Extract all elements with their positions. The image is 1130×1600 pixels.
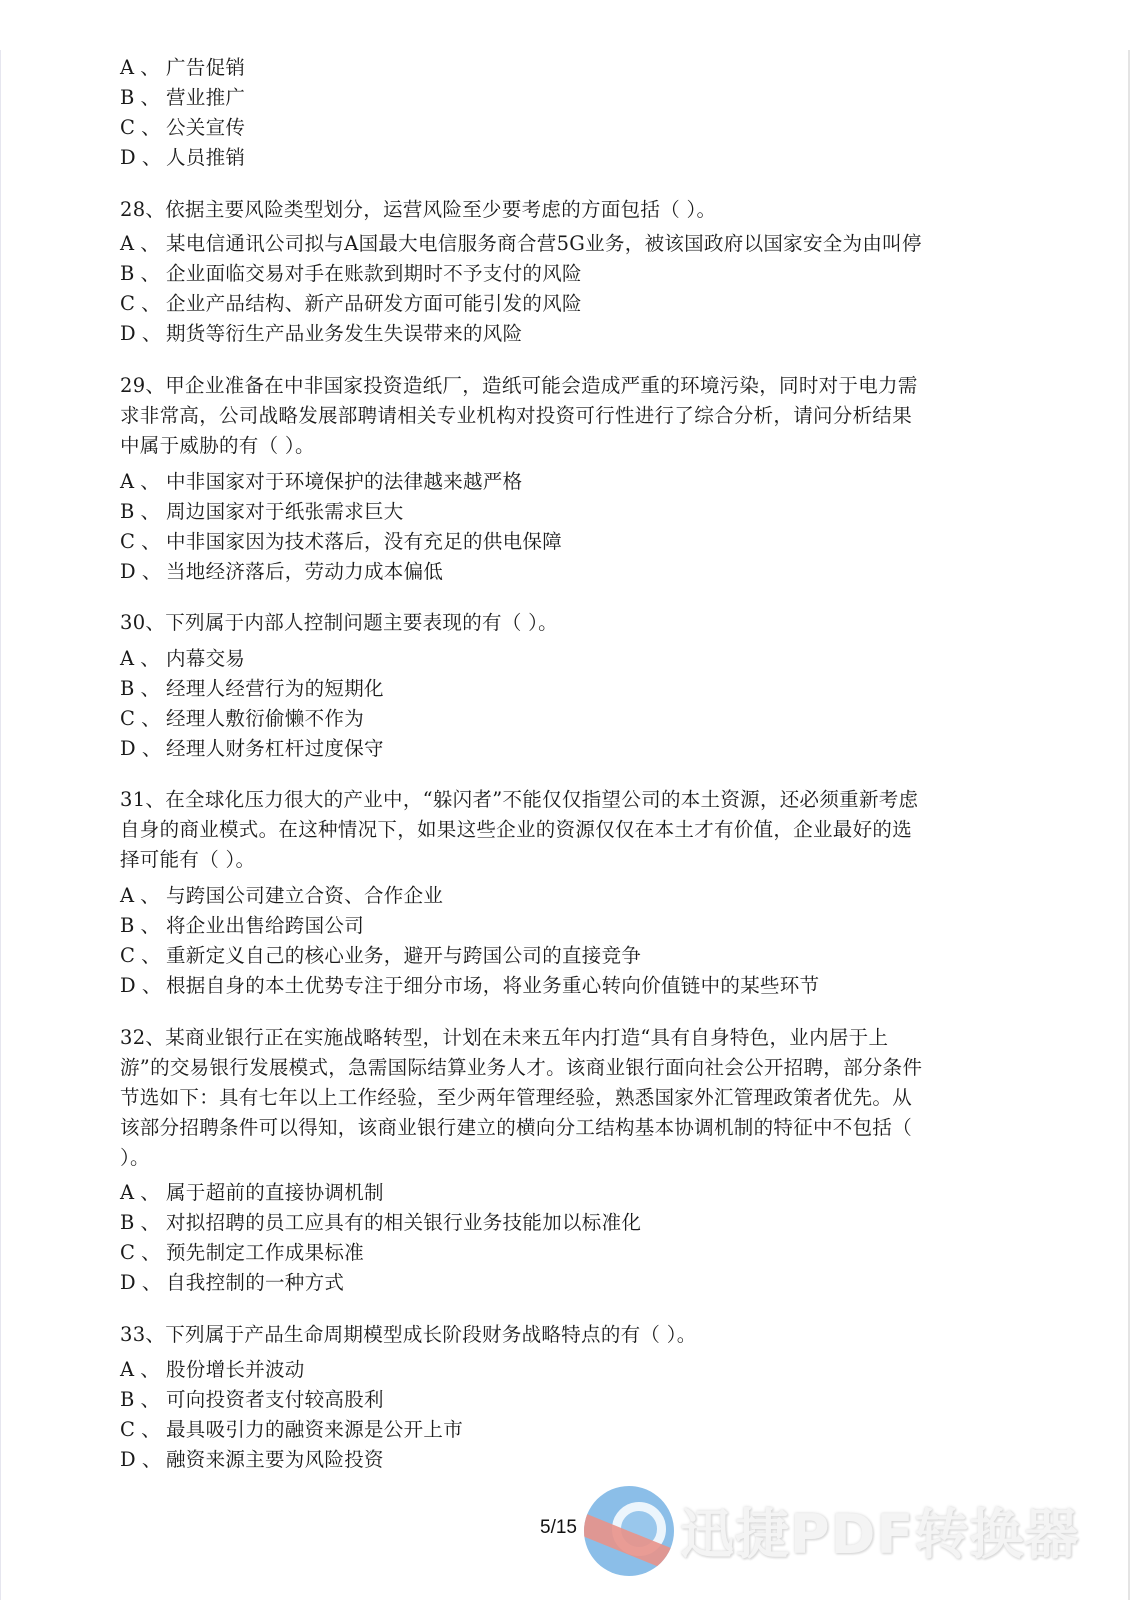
option-text: 公关宣传 (166, 116, 245, 139)
option-letter: A 、 (120, 644, 166, 674)
option-text: 与跨国公司建立合资、合作企业 (166, 884, 443, 907)
option-a: A 、属于超前的直接协调机制 (120, 1178, 384, 1208)
option-text: 企业产品结构、新产品研发方面可能引发的风险 (166, 292, 582, 315)
option-d: D 、融资来源主要为风险投资 (120, 1445, 384, 1475)
option-text: 企业面临交易对手在账款到期时不予支付的风险 (166, 262, 582, 285)
option-c: C 、重新定义自己的核心业务，避开与跨国公司的直接竞争 (120, 941, 641, 971)
option-d: D 、期货等衍生产品业务发生失误带来的风险 (120, 319, 522, 349)
option-letter: A 、 (120, 53, 166, 83)
question-33-stem: 33、下列属于产品生命周期模型成长阶段财务战略特点的有（ ）。 (120, 1320, 697, 1350)
option-text: 最具吸引力的融资来源是公开上市 (166, 1418, 463, 1441)
option-d: D 、当地经济落后，劳动力成本偏低 (120, 557, 443, 587)
option-letter: D 、 (120, 971, 166, 1001)
option-letter: B 、 (120, 497, 166, 527)
option-a: A 、广告促销 (120, 53, 245, 83)
option-letter: C 、 (120, 1238, 166, 1268)
option-text: 对拟招聘的员工应具有的相关银行业务技能加以标准化 (166, 1211, 641, 1234)
option-text: 营业推广 (166, 86, 245, 109)
watermark-text: 迅捷PDF转换器 (680, 1492, 1079, 1569)
watermark-logo-icon (584, 1486, 674, 1576)
question-30-stem: 30、下列属于内部人控制问题主要表现的有（ ）。 (120, 608, 558, 638)
option-text: 自我控制的一种方式 (166, 1271, 344, 1294)
option-letter: B 、 (120, 1385, 166, 1415)
option-c: C 、公关宣传 (120, 113, 245, 143)
question-32-stem-line-3: 节选如下：具有七年以上工作经验，至少两年管理经验，熟悉国家外汇管理政策者优先。从 (120, 1083, 912, 1113)
option-a: A 、股份增长并波动 (120, 1355, 305, 1385)
option-text: 融资来源主要为风险投资 (166, 1448, 384, 1471)
option-b: B 、经理人经营行为的短期化 (120, 674, 384, 704)
option-a: A 、与跨国公司建立合资、合作企业 (120, 881, 443, 911)
option-letter: A 、 (120, 467, 166, 497)
option-letter: D 、 (120, 1445, 166, 1475)
option-d: D 、人员推销 (120, 143, 245, 173)
option-b: B 、营业推广 (120, 83, 245, 113)
option-letter: C 、 (120, 289, 166, 319)
option-b: B 、周边国家对于纸张需求巨大 (120, 497, 404, 527)
option-text: 经理人财务杠杆过度保守 (166, 737, 384, 760)
option-letter: B 、 (120, 911, 166, 941)
option-letter: A 、 (120, 1355, 166, 1385)
option-letter: B 、 (120, 259, 166, 289)
option-c: C 、中非国家因为技术落后，没有充足的供电保障 (120, 527, 562, 557)
option-letter: A 、 (120, 1178, 166, 1208)
option-letter: C 、 (120, 941, 166, 971)
option-text: 可向投资者支付较高股利 (166, 1388, 384, 1411)
question-32-stem-line-5: ）。 (120, 1143, 150, 1173)
option-letter: D 、 (120, 734, 166, 764)
question-31-stem-line-3: 择可能有（ ）。 (120, 845, 255, 875)
option-c: C 、经理人敷衍偷懒不作为 (120, 704, 364, 734)
option-text: 当地经济落后，劳动力成本偏低 (166, 560, 443, 583)
option-letter: D 、 (120, 1268, 166, 1298)
question-29-stem-line-1: 29、甲企业准备在中非国家投资造纸厂，造纸可能会造成严重的环境污染，同时对于电力… (120, 371, 918, 401)
option-text: 经理人经营行为的短期化 (166, 677, 384, 700)
document-page: A 、广告促销 B 、营业推广 C 、公关宣传 D 、人员推销 28、依据主要风… (0, 0, 1130, 1600)
option-text: 中非国家因为技术落后，没有充足的供电保障 (166, 530, 562, 553)
question-31-stem-line-1: 31、在全球化压力很大的产业中，“躲闪者”不能仅仅指望公司的本土资源，还必须重新… (120, 785, 918, 815)
option-d: D 、根据自身的本土优势专注于细分市场，将业务重心转向价值链中的某些环节 (120, 971, 819, 1001)
question-32-stem-line-1: 32、某商业银行正在实施战略转型，计划在未来五年内打造“具有自身特色，业内居于上 (120, 1023, 888, 1053)
option-text: 预先制定工作成果标准 (166, 1241, 364, 1264)
page-number: 5/15 (540, 1517, 577, 1539)
option-text: 根据自身的本土优势专注于细分市场，将业务重心转向价值链中的某些环节 (166, 974, 819, 997)
option-letter: C 、 (120, 1415, 166, 1445)
option-letter: C 、 (120, 113, 166, 143)
option-letter: B 、 (120, 1208, 166, 1238)
option-text: 内幕交易 (166, 647, 245, 670)
question-29-stem-line-3: 中属于威胁的有（ ）。 (120, 431, 315, 461)
option-a: A 、某电信通讯公司拟与A国最大电信服务商合营5G业务，被该国政府以国家安全为由… (120, 229, 922, 259)
option-a: A 、内幕交易 (120, 644, 245, 674)
option-b: B 、对拟招聘的员工应具有的相关银行业务技能加以标准化 (120, 1208, 641, 1238)
option-d: D 、自我控制的一种方式 (120, 1268, 344, 1298)
question-32-stem-line-2: 游”的交易银行发展模式，急需国际结算业务人才。该商业银行面向社会公开招聘，部分条… (120, 1053, 922, 1083)
option-b: B 、企业面临交易对手在账款到期时不予支付的风险 (120, 259, 582, 289)
option-text: 股份增长并波动 (166, 1358, 305, 1381)
question-32-stem-line-4: 该部分招聘条件可以得知，该商业银行建立的横向分工结构基本协调机制的特征中不包括（ (120, 1113, 912, 1143)
option-text: 某电信通讯公司拟与A国最大电信服务商合营5G业务，被该国政府以国家安全为由叫停 (166, 232, 922, 255)
option-d: D 、经理人财务杠杆过度保守 (120, 734, 384, 764)
option-c: C 、企业产品结构、新产品研发方面可能引发的风险 (120, 289, 582, 319)
option-text: 中非国家对于环境保护的法律越来越严格 (166, 470, 522, 493)
option-b: B 、将企业出售给跨国公司 (120, 911, 364, 941)
option-letter: A 、 (120, 229, 166, 259)
option-text: 周边国家对于纸张需求巨大 (166, 500, 404, 523)
option-text: 广告促销 (166, 56, 245, 79)
option-letter: D 、 (120, 143, 166, 173)
option-c: C 、预先制定工作成果标准 (120, 1238, 364, 1268)
question-29-stem-line-2: 求非常高，公司战略发展部聘请相关专业机构对投资可行性进行了综合分析，请问分析结果 (120, 401, 912, 431)
option-letter: B 、 (120, 83, 166, 113)
option-text: 经理人敷衍偷懒不作为 (166, 707, 364, 730)
option-a: A 、中非国家对于环境保护的法律越来越严格 (120, 467, 522, 497)
option-text: 重新定义自己的核心业务，避开与跨国公司的直接竞争 (166, 944, 641, 967)
option-letter: D 、 (120, 319, 166, 349)
option-c: C 、最具吸引力的融资来源是公开上市 (120, 1415, 463, 1445)
option-letter: C 、 (120, 704, 166, 734)
option-text: 属于超前的直接协调机制 (166, 1181, 384, 1204)
option-text: 期货等衍生产品业务发生失误带来的风险 (166, 322, 522, 345)
option-letter: D 、 (120, 557, 166, 587)
option-b: B 、可向投资者支付较高股利 (120, 1385, 384, 1415)
option-text: 将企业出售给跨国公司 (166, 914, 364, 937)
option-letter: C 、 (120, 527, 166, 557)
option-text: 人员推销 (166, 146, 245, 169)
question-31-stem-line-2: 自身的商业模式。在这种情况下，如果这些企业的资源仅仅在本土才有价值，企业最好的选 (120, 815, 912, 845)
option-letter: B 、 (120, 674, 166, 704)
option-letter: A 、 (120, 881, 166, 911)
question-28-stem: 28、依据主要风险类型划分，运营风险至少要考虑的方面包括（ ）。 (120, 195, 716, 225)
